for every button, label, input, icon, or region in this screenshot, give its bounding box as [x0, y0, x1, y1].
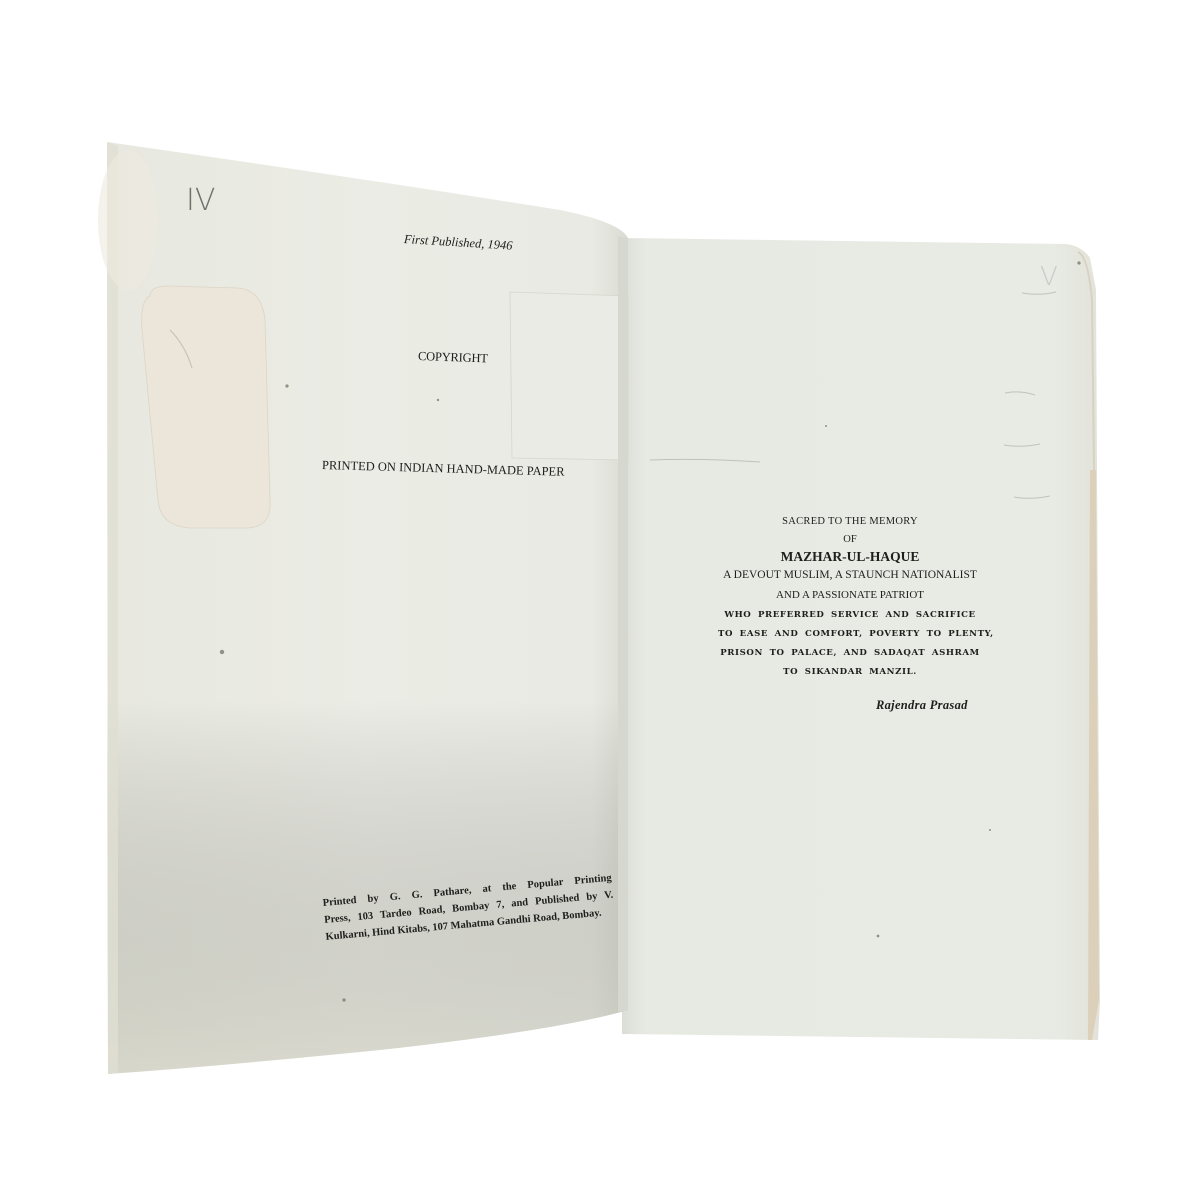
dedication-line-1: SACRED TO THE MEMORY — [718, 512, 982, 532]
dedication-line-9: TO SIKANDAR MANZIL. — [718, 663, 982, 682]
dedication-signature: Rajendra Prasad — [876, 698, 968, 713]
dedication-line-8: PRISON TO PALACE, AND SADAQAT ASHRAM — [718, 644, 982, 663]
dedication-line-4: A DEVOUT MUSLIM, A STAUNCH NATIONALIST — [718, 566, 982, 584]
dedication-line-6: WHO PREFERRED SERVICE AND SACRIFICE — [718, 606, 982, 625]
dedication-line-5: AND A PASSIONATE PATRIOT — [718, 584, 982, 606]
dedicatee-name: MAZHAR-UL-HAQUE — [718, 548, 982, 566]
dedication-line-2: OF — [718, 532, 982, 548]
copyright-heading: COPYRIGHT — [418, 349, 488, 366]
pencil-page-number-left: IV — [186, 183, 215, 218]
dedication-line-7: TO EASE AND COMFORT, POVERTY TO PLENTY, — [718, 625, 982, 644]
dedication: SACRED TO THE MEMORY OF MAZHAR-UL-HAQUE … — [718, 512, 982, 682]
paper-shapes — [0, 0, 1200, 1200]
pencil-page-number-right: V — [1040, 262, 1058, 292]
book-spread: IV V First Published, 1946 COPYRIGHT PRI… — [0, 0, 1200, 1200]
